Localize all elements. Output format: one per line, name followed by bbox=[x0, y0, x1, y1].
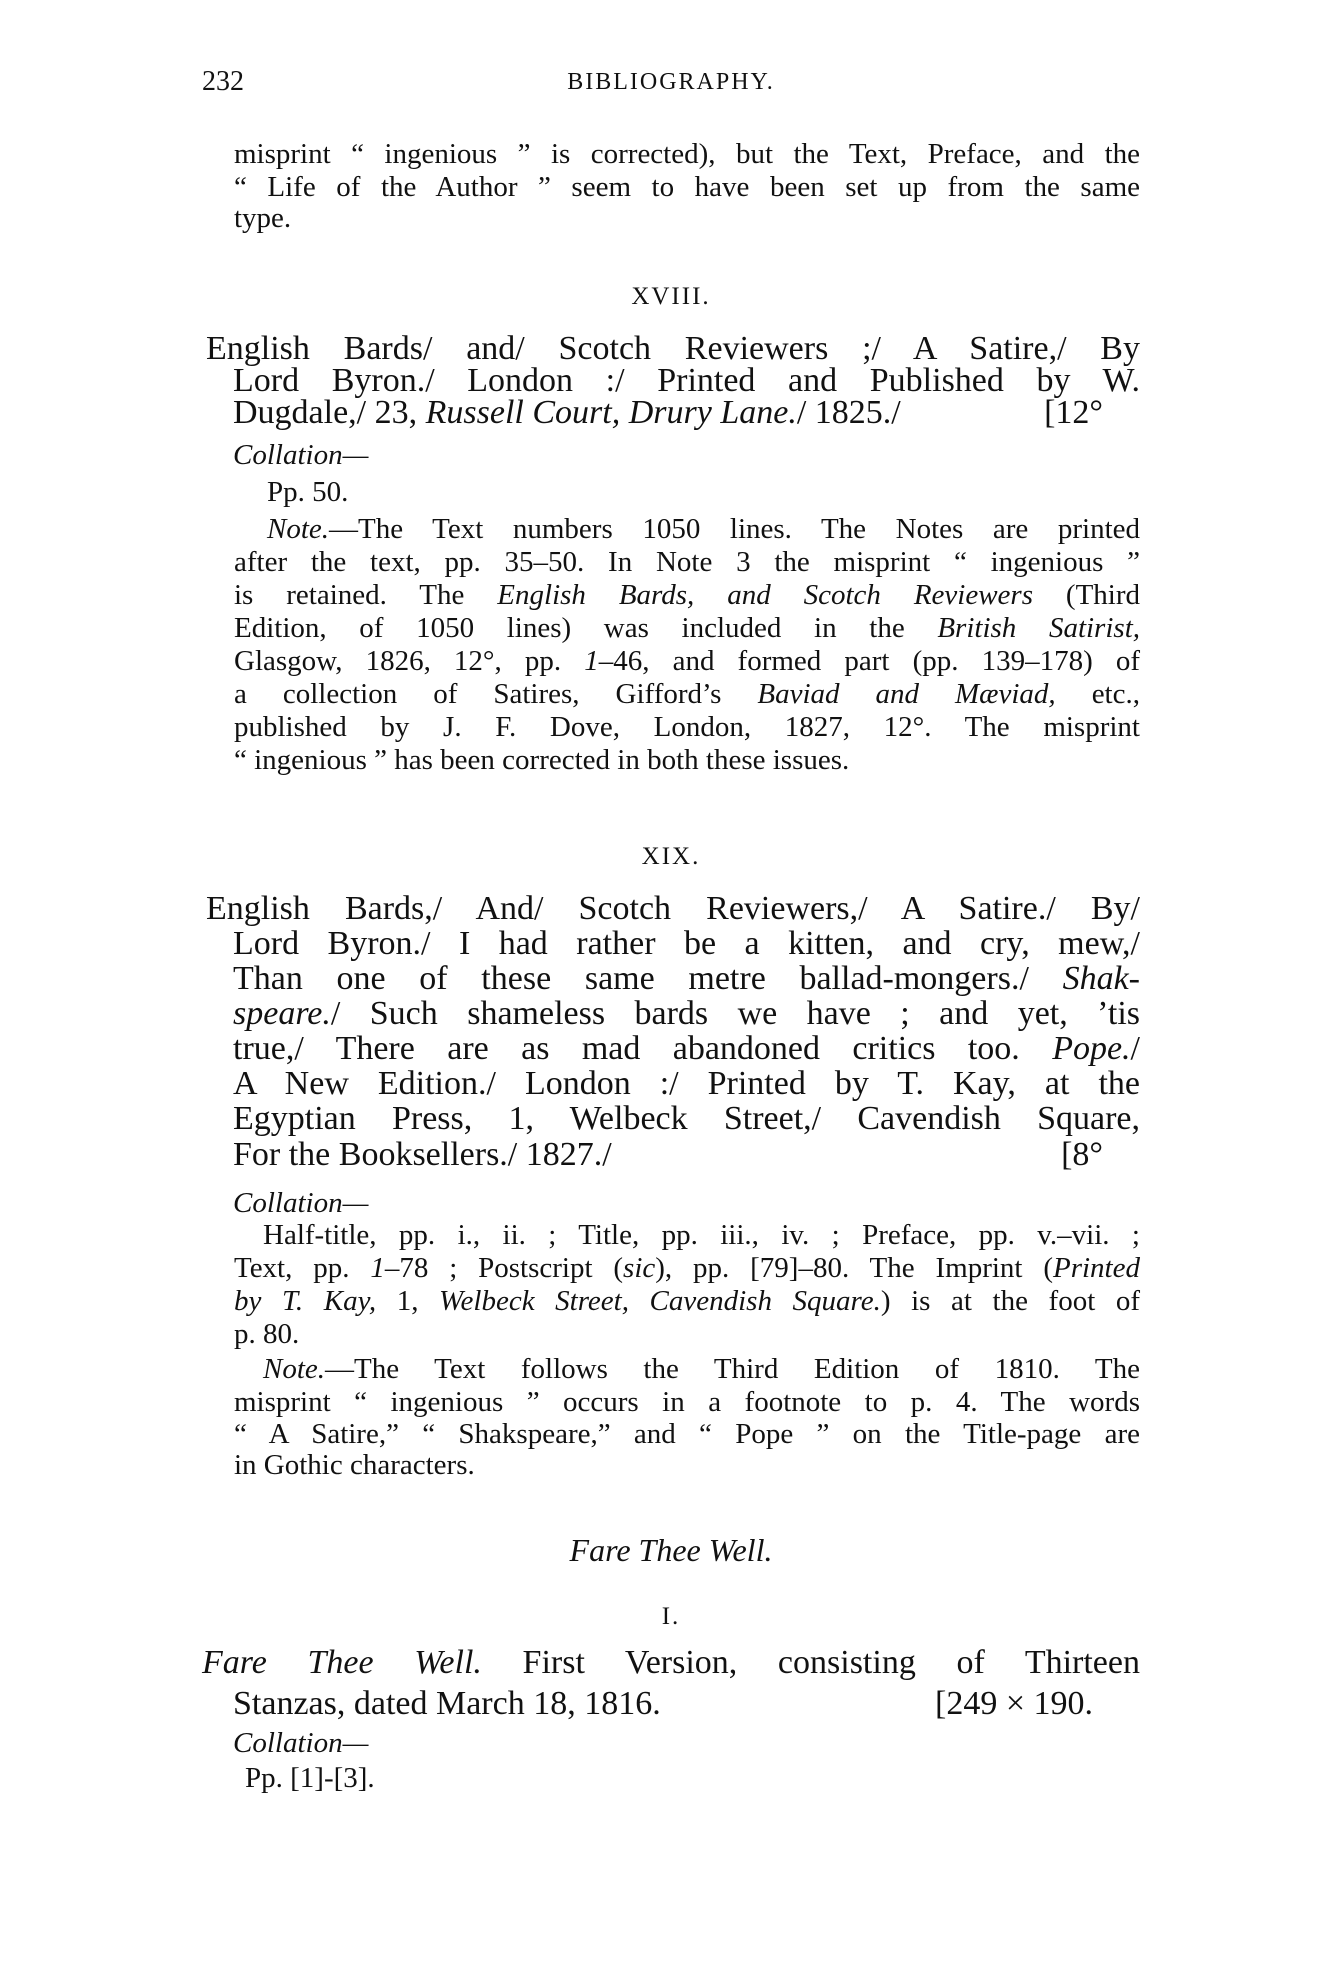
text-run: ) is at the foot of bbox=[881, 1285, 1140, 1317]
note-line: in Gothic characters. bbox=[234, 1451, 475, 1480]
text-run: Half-title, pp. i., ii. ; Title, pp. iii… bbox=[263, 1219, 1140, 1251]
italic-run: by T. Kay, bbox=[234, 1285, 376, 1317]
text-run: —The Text numbers 1050 lines. The Notes … bbox=[329, 513, 1140, 545]
text-run: “ ingenious ” has been corrected in both… bbox=[234, 744, 849, 776]
continuation-line: type. bbox=[234, 204, 291, 233]
text-run: Glasgow, 1826, 12°, pp. bbox=[234, 645, 584, 677]
continuation-line: “ Life of the Author ” seem to have been… bbox=[234, 173, 1140, 202]
collation-line: p. 80. bbox=[234, 1320, 299, 1349]
text-run: Than one of these same metre ballad-mong… bbox=[233, 960, 1063, 997]
text-run: / 1825./ bbox=[797, 394, 901, 431]
text-run: in Gothic characters. bbox=[234, 1449, 475, 1481]
text-run: (Third bbox=[1033, 579, 1140, 611]
text-run: 1, bbox=[376, 1285, 439, 1317]
text-run: true,/ There are as mad abandoned critic… bbox=[233, 1030, 1052, 1067]
italic-run: 1 bbox=[370, 1252, 385, 1284]
note-line: after the text, pp. 35–50. In Note 3 the… bbox=[234, 548, 1140, 577]
text-run: / bbox=[1131, 1030, 1140, 1067]
italic-run: Fare Thee Well. bbox=[202, 1644, 482, 1681]
text-run: –46, and formed part (pp. 139–178) of bbox=[599, 645, 1140, 677]
text-run: Dugdale,/ 23, bbox=[233, 394, 426, 431]
entry-number: XIX. bbox=[202, 844, 1140, 869]
text-run: Lord Byron./ I had rather be a kitten, a… bbox=[233, 925, 1140, 962]
text-run: Edition, of 1050 lines) was included in … bbox=[234, 612, 937, 644]
section-heading: Fare Thee Well. bbox=[202, 1534, 1140, 1566]
entry-title-line: Egyptian Press, 1, Welbeck Street,/ Cave… bbox=[233, 1102, 1140, 1136]
book-page: 232 BIBLIOGRAPHY. misprint “ ingenious ”… bbox=[0, 0, 1327, 1977]
note-line: Edition, of 1050 lines) was included in … bbox=[234, 614, 1140, 643]
entry-title-line: Lord Byron./ London :/ Printed and Publi… bbox=[233, 364, 1140, 398]
entry-title-line: Stanzas, dated March 18, 1816. [249 × 19… bbox=[233, 1687, 1093, 1721]
entry-title-line: English Bards/ and/ Scotch Reviewers ;/ … bbox=[206, 332, 1140, 366]
text-run: / Such shameless bards we have ; and yet… bbox=[331, 995, 1140, 1032]
text-run: a collection of Satires, Gifford’s bbox=[234, 678, 757, 710]
note-line: “ ingenious ” has been corrected in both… bbox=[234, 746, 849, 775]
format-label: [8° bbox=[1061, 1138, 1103, 1172]
collation-label: Collation— bbox=[233, 1729, 368, 1758]
text-run: Egyptian Press, 1, Welbeck Street,/ Cave… bbox=[233, 1100, 1140, 1137]
entry-number: XVIII. bbox=[202, 284, 1140, 309]
text-run: published by J. F. Dove, London, 1827, 1… bbox=[234, 711, 1140, 743]
italic-run: English Bards, and Scotch Reviewers bbox=[497, 579, 1033, 611]
italic-run: sic bbox=[623, 1252, 655, 1284]
entry-title-text: Dugdale,/ 23, Russell Court, Drury Lane.… bbox=[233, 396, 901, 430]
italic-run: Note. bbox=[263, 1353, 325, 1385]
entry-number: I. bbox=[202, 1604, 1140, 1629]
entry-title-line: A New Edition./ London :/ Printed by T. … bbox=[233, 1067, 1140, 1101]
italic-run: British Satirist, bbox=[937, 612, 1140, 644]
collation-line: by T. Kay, 1, Welbeck Street, Cavendish … bbox=[234, 1287, 1140, 1316]
text-run: Stanzas, dated March 18, 1816. bbox=[233, 1685, 661, 1722]
italic-run: 1 bbox=[584, 645, 599, 677]
text-run: Pp. 50. bbox=[267, 476, 348, 508]
italic-run: speare. bbox=[233, 995, 331, 1032]
collation-label: Collation— bbox=[233, 441, 368, 470]
entry-title-line: Fare Thee Well. First Version, consistin… bbox=[202, 1646, 1140, 1680]
note-line: Note.—The Text numbers 1050 lines. The N… bbox=[267, 515, 1140, 544]
note-line: published by J. F. Dove, London, 1827, 1… bbox=[234, 713, 1140, 742]
text-run: p. 80. bbox=[234, 1318, 299, 1350]
entry-title-text: Stanzas, dated March 18, 1816. bbox=[233, 1687, 661, 1721]
text-run: A New Edition./ London :/ Printed by T. … bbox=[233, 1065, 1140, 1102]
running-title: BIBLIOGRAPHY. bbox=[202, 70, 1140, 94]
note-line: “ A Satire,” “ Shakspeare,” and “ Pope ”… bbox=[234, 1420, 1140, 1449]
italic-run: Printed bbox=[1053, 1252, 1140, 1284]
note-line: a collection of Satires, Gifford’s Bavia… bbox=[234, 680, 1140, 709]
italic-run: Russell Court, Drury Lane. bbox=[426, 394, 797, 431]
note-line: Note.—The Text follows the Third Edition… bbox=[263, 1355, 1140, 1384]
entry-title-text: For the Booksellers./ 1827./ bbox=[233, 1138, 612, 1172]
entry-title-line: true,/ There are as mad abandoned critic… bbox=[233, 1032, 1140, 1066]
text-run: etc., bbox=[1056, 678, 1140, 710]
text-run: First Version, consisting of Thirteen bbox=[482, 1644, 1140, 1681]
text-run: “ A Satire,” “ Shakspeare,” and “ Pope ”… bbox=[234, 1418, 1140, 1450]
text-run: Text, pp. bbox=[234, 1252, 370, 1284]
collation-line: Text, pp. 1–78 ; Postscript (sic), pp. [… bbox=[234, 1254, 1140, 1283]
note-line: misprint “ ingenious ” occurs in a footn… bbox=[234, 1388, 1140, 1417]
format-label: [249 × 190. bbox=[935, 1687, 1093, 1721]
text-run: Pp. [1]-[3]. bbox=[245, 1762, 375, 1794]
continuation-line: misprint “ ingenious ” is corrected), bu… bbox=[234, 140, 1140, 169]
italic-run: Pope. bbox=[1052, 1030, 1130, 1067]
italic-run: Welbeck Street, Cavendish Square. bbox=[439, 1285, 881, 1317]
italic-run: Note. bbox=[267, 513, 329, 545]
text-run: after the text, pp. 35–50. In Note 3 the… bbox=[234, 546, 1140, 578]
text-run: –78 ; Postscript ( bbox=[385, 1252, 623, 1284]
note-line: Glasgow, 1826, 12°, pp. 1–46, and formed… bbox=[234, 647, 1140, 676]
collation-label: Collation— bbox=[233, 1189, 368, 1218]
text-run: —The Text follows the Third Edition of 1… bbox=[325, 1353, 1140, 1385]
collation-line: Half-title, pp. i., ii. ; Title, pp. iii… bbox=[263, 1221, 1140, 1250]
collation-line: Pp. [1]-[3]. bbox=[245, 1764, 375, 1793]
entry-title-line: For the Booksellers./ 1827./ [8° bbox=[233, 1138, 1103, 1172]
collation-line: Pp. 50. bbox=[267, 478, 348, 507]
text-run: English Bards,/ And/ Scotch Reviewers,/ … bbox=[206, 890, 1140, 927]
entry-title-line: Dugdale,/ 23, Russell Court, Drury Lane.… bbox=[233, 396, 1103, 430]
note-line: is retained. The English Bards, and Scot… bbox=[234, 581, 1140, 610]
italic-run: Shak- bbox=[1063, 960, 1140, 997]
entry-title-line: speare./ Such shameless bards we have ; … bbox=[233, 997, 1140, 1031]
italic-run: Baviad and Mæviad, bbox=[757, 678, 1055, 710]
entry-title-line: English Bards,/ And/ Scotch Reviewers,/ … bbox=[206, 892, 1140, 926]
text-run: ), pp. [79]–80. The Imprint ( bbox=[655, 1252, 1053, 1284]
text-run: For the Booksellers./ 1827./ bbox=[233, 1136, 612, 1173]
entry-title-line: Than one of these same metre ballad-mong… bbox=[233, 962, 1140, 996]
format-label: [12° bbox=[1044, 396, 1103, 430]
entry-title-line: Lord Byron./ I had rather be a kitten, a… bbox=[233, 927, 1140, 961]
text-run: misprint “ ingenious ” occurs in a footn… bbox=[234, 1386, 1140, 1418]
text-run: is retained. The bbox=[234, 579, 497, 611]
